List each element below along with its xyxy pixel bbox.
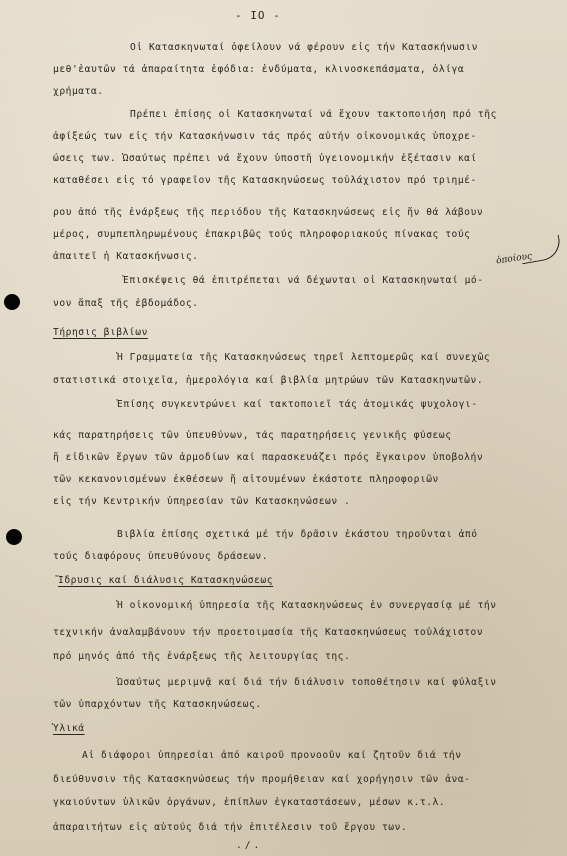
text-line: τῶν κεκανονισμένων ἐκθέσεων ἤ αἰτουμένων… bbox=[53, 474, 439, 486]
continuation-mark: ./. bbox=[236, 840, 262, 852]
text-line: Ἐπίσης συγκεντρώνει καί τακτοποιεῖ τάς ἀ… bbox=[117, 399, 478, 411]
text-line: Ἡ Γραμματεία τῆς Κατασκηνώσεως τηρεῖ λεπ… bbox=[117, 352, 490, 364]
text-line: Ἡ οἰκονομική ὑπηρεσία τῆς Κατασκηνώσεως … bbox=[117, 600, 497, 612]
page-number: - IO - bbox=[235, 10, 281, 22]
section-heading: Ὑλικά bbox=[53, 723, 85, 735]
text-line: πρό μηνός ἀπό τῆς ἐνάρξεως τῆς λειτουργί… bbox=[53, 651, 350, 663]
punch-hole bbox=[6, 529, 22, 545]
text-line: διεύθυνσιν τῆς Κατασκηνώσεως τήν προμήθε… bbox=[53, 774, 471, 786]
text-line: κάς παρατηρήσεις τῶν ὑπευθύνων, τάς παρα… bbox=[53, 430, 452, 442]
text-line: ἀπαραιτήτων εἰς αὐτούς διά τήν ἐπιτέλεσι… bbox=[53, 822, 407, 834]
punch-hole bbox=[4, 294, 20, 310]
text-line: ἤ εἰδικῶν ἔργων τῶν ἁρμοδίων καί παρασκε… bbox=[53, 452, 483, 464]
text-line: Πρέπει ἐπίσης οἱ Κατασκηνωταί νά ἔχουν τ… bbox=[130, 109, 497, 121]
text-line: τῶν ὑπαρχόντων τῆς Κατασκηνώσεως. bbox=[53, 699, 262, 711]
text-line: ἀπαιτεῖ ἡ Κατασκήνωσις. bbox=[53, 251, 199, 263]
text-line: Ἐπισκέψεις θά ἐπιτρέπεται νά δέχωνται οἱ… bbox=[123, 275, 484, 287]
text-line: χρήματα. bbox=[53, 86, 104, 98]
text-line: τούς διαφόρους ὑπευθύνους δράσεων. bbox=[53, 551, 268, 563]
text-line: μεθ'ἑαυτῶν τά ἀπαραίτητα ἐφόδια: ἐνδύματ… bbox=[53, 64, 464, 76]
text-line: ώσεις των. Ὡσαύτως πρέπει νά ἔχουν ὑποστ… bbox=[53, 153, 477, 165]
handwritten-annotation: ὁποίους bbox=[495, 252, 532, 267]
typewritten-page: - IO - Oἱ Κατασκηνωταί ὀφείλουν νά φέρου… bbox=[0, 0, 567, 856]
text-line: μέρος, συμπεπληρωμένους ἐπακριβῶς τούς π… bbox=[53, 229, 471, 241]
text-line: γκαιούντων ὑλικῶν ὀργάνων, ἐπίπλων ἐγκατ… bbox=[53, 797, 445, 809]
text-line: νον ἅπαξ τῆς ἑβδομάδος. bbox=[53, 298, 199, 310]
text-line: ἀφίξεώς των εἰς τήν Κατασκήνωσιν τάς πρό… bbox=[53, 131, 477, 143]
text-line: Ὡσαύτως μεριμνᾷ καί διά τήν διάλυσιν τοπ… bbox=[117, 677, 497, 689]
text-line: Βιβλία ἐπίσης σχετικά μέ τήν δρᾶσιν ἑκάσ… bbox=[117, 529, 478, 541]
text-line: Oἱ Κατασκηνωταί ὀφείλουν νά φέρουν εἰς τ… bbox=[130, 42, 478, 54]
section-heading: Τήρησις βιβλίων bbox=[53, 327, 148, 339]
text-line: καταθέσει εἰς τό γραφεῖον τῆς Κατασκηνώσ… bbox=[53, 175, 477, 187]
text-line: στατιστικά στοιχεῖα, ἡμερολόγια καί βιβλ… bbox=[53, 375, 483, 387]
text-line: Αἱ διάφοροι ὑπηρεσίαι ἀπό καιροῦ προνοοῦ… bbox=[82, 750, 462, 762]
text-line: εἰς τήν Κεντρικήν ὑπηρεσίαν τῶν Κατασκην… bbox=[53, 496, 350, 508]
text-line: τεχνικήν ἀναλαμβάνουν τήν προετοιμασία τ… bbox=[53, 627, 483, 639]
text-line: ρου ἀπό τῆς ἐνάρξεως τῆς περιόδου τῆς Κα… bbox=[53, 207, 483, 219]
section-heading: Ἵδρυσις καί διάλυσις Κατασκηνώσεως bbox=[58, 575, 273, 587]
